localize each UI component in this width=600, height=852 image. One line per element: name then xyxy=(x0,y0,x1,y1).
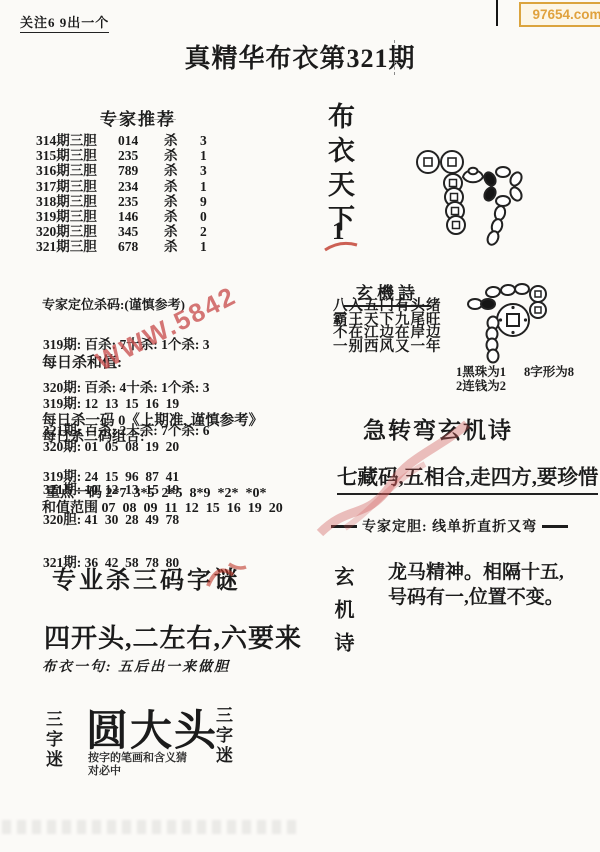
three-char-note: 按字的笔画和含义猜 对必中 xyxy=(88,752,187,778)
row-kill-value: 9 xyxy=(200,194,216,209)
row-code: 678 xyxy=(118,239,164,254)
mystery-vertical-label: 玄机诗 xyxy=(328,566,357,665)
three-char-word: 圆大头 xyxy=(86,698,218,758)
row-kill-value: 2 xyxy=(200,224,216,239)
row-issue: 318期三胆 xyxy=(36,194,118,209)
row-issue: 314期三胆 xyxy=(36,133,118,148)
scan-dashed-mark xyxy=(394,40,395,75)
site-badge[interactable]: 97654.com xyxy=(519,2,600,27)
table-row: 316期三胆 789 杀 3 xyxy=(36,163,216,178)
row-kill-label: 杀 xyxy=(164,179,200,194)
red-watermark-scribble xyxy=(305,408,480,538)
row-kill-label: 杀 xyxy=(164,194,200,209)
coin-icon xyxy=(417,151,439,173)
faded-footer-text xyxy=(2,820,298,834)
lottery-tip-sheet: 关注6 9出一个 97654.com 真精华布衣第321期 专家推荐 314期三… xyxy=(0,0,600,852)
riddle-line: 四开头,二左右,六要来 xyxy=(44,618,302,655)
row-kill-label: 杀 xyxy=(164,133,200,148)
row-code: 789 xyxy=(118,163,164,178)
poem-line: 一别西风又一年 xyxy=(333,341,442,355)
row-kill-value: 0 xyxy=(200,209,216,224)
black-bead-icon xyxy=(481,299,495,309)
table-row: 320期三胆 345 杀 2 xyxy=(36,224,216,239)
row-code: 146 xyxy=(118,209,164,224)
red-stamp-mark xyxy=(202,556,254,594)
ingot-icon xyxy=(463,168,483,182)
sum-range-line: 和值范围 07 08 09 11 12 15 16 19 20 xyxy=(42,497,283,517)
coin-icon xyxy=(497,304,529,336)
bead-icon xyxy=(487,317,499,363)
follow-note: 关注6 9出一个 xyxy=(20,12,109,33)
legend-linked-coins: 2连钱为2 xyxy=(456,376,506,394)
coin-icon xyxy=(447,216,465,234)
scan-artifact-line xyxy=(496,0,498,26)
row-code: 235 xyxy=(118,148,164,163)
expert-recommend-title: 专家推荐 xyxy=(100,105,176,130)
page-title: 真精华布衣第321期 xyxy=(0,38,600,75)
row-code: 235 xyxy=(118,194,164,209)
table-row: 314期三胆 014 杀 3 xyxy=(36,133,216,148)
table-row: 321期三胆 678 杀 1 xyxy=(36,239,216,254)
table-row: 315期三胆 235 杀 1 xyxy=(36,148,216,163)
row-issue: 316期三胆 xyxy=(36,163,118,178)
row-kill-label: 杀 xyxy=(164,239,200,254)
table-row: 318期三胆 235 杀 9 xyxy=(36,194,216,209)
row-issue: 317期三胆 xyxy=(36,179,118,194)
note-line: 对必中 xyxy=(88,765,187,778)
row-kill-label: 杀 xyxy=(164,224,200,239)
row-kill-label: 杀 xyxy=(164,209,200,224)
bead-puzzle-drawing xyxy=(452,276,592,371)
coin-icon xyxy=(530,286,546,302)
row-kill-label: 杀 xyxy=(164,148,200,163)
coin-icon xyxy=(441,151,463,173)
three-char-label-right: 三字迷 xyxy=(210,706,235,766)
legend-eight-shape: 8字形为8 xyxy=(524,362,574,380)
bead-icon xyxy=(496,167,524,206)
row-issue: 319期三胆 xyxy=(36,209,118,224)
black-bead-icon xyxy=(482,170,498,202)
note-line: 按字的笔画和含义猜 xyxy=(88,752,187,765)
table-row: 319期三胆 146 杀 0 xyxy=(36,209,216,224)
bead-icon xyxy=(485,284,529,298)
row-kill-value: 1 xyxy=(200,148,216,163)
row-issue: 315期三胆 xyxy=(36,148,118,163)
mystery-poem: 八入五门有头绪 霸王天下九尾旺 不在江边在岸边 一别西风又一年 xyxy=(333,300,442,354)
divider-line xyxy=(542,525,568,528)
mystery-bottom-line: 龙马精神。相隔十五, xyxy=(388,557,564,584)
expert-recommend-table: 314期三胆 014 杀 3 315期三胆 235 杀 1 316期三胆 789… xyxy=(36,133,216,255)
row-issue: 320期三胆 xyxy=(36,224,118,239)
table-row: 317期三胆 234 杀 1 xyxy=(36,179,216,194)
bead-icon xyxy=(468,299,482,309)
coin-puzzle-drawing xyxy=(352,145,552,275)
row-issue: 321期三胆 xyxy=(36,239,118,254)
coin-icon xyxy=(530,302,546,318)
row-code: 345 xyxy=(118,224,164,239)
row-kill-value: 1 xyxy=(200,239,216,254)
buyi-sentence: 布衣一句: 五后出一来做胆 xyxy=(42,656,230,676)
row-kill-value: 1 xyxy=(200,179,216,194)
bead-icon xyxy=(486,205,507,246)
row-kill-value: 3 xyxy=(200,163,216,178)
three-char-label-left: 三字迷 xyxy=(40,710,65,770)
row-kill-value: 3 xyxy=(200,133,216,148)
row-code: 234 xyxy=(118,179,164,194)
mystery-bottom-line: 号码有一,位置不变。 xyxy=(388,582,564,609)
row-kill-label: 杀 xyxy=(164,163,200,178)
row-code: 014 xyxy=(118,133,164,148)
